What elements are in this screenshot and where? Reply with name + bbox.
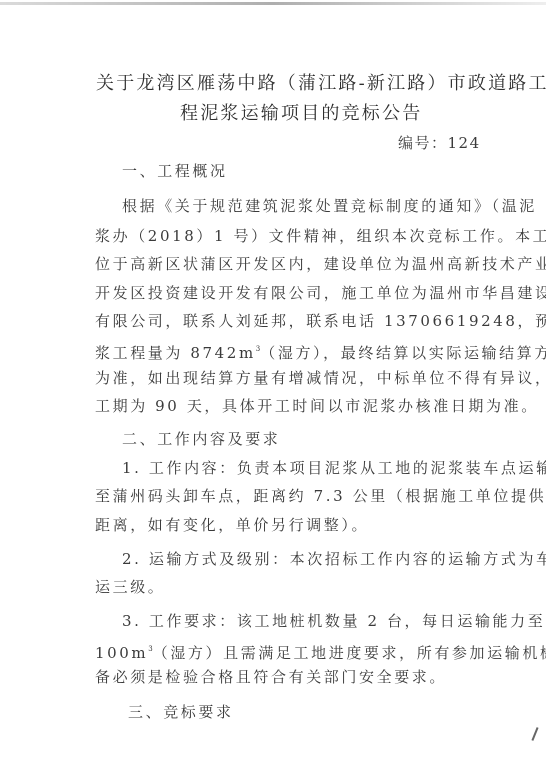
paragraph-text: （湿方）且需满足工地进度要求，所有参加运输机械设 [153,644,546,662]
title-line-2: 程泥浆运输项目的竞标公告 [180,104,422,124]
paragraph-line: 运三级。 [95,577,165,597]
quantity-text: 浆工程量为 8742m [95,344,256,362]
paragraph-line: 浆工程量为 8742m3（湿方），最终结算以实际运输结算方量 [95,339,546,363]
section-heading-3: 三、竞标要求 [128,702,234,722]
paragraph-line: 3. 工作要求：该工地桩机数量 2 台，每日运输能力至少 [122,611,546,631]
title-line-1: 关于龙湾区雁荡中路（蒲江路-新江路）市政道路工 [96,74,546,94]
section-heading-1: 一、工程概况 [122,161,228,181]
paragraph-line: 备必须是检验合格且符合有关部门安全要求。 [95,667,447,687]
paragraph-line: 工期为 90 天，具体开工时间以市泥浆办核准日期为准。 [95,396,539,416]
quantity-text: 100m [95,644,148,662]
paragraph-text: （湿方），最终结算以实际运输结算方量 [260,344,546,362]
pen-mark [531,727,538,741]
paragraph-line: 开发区投资建设开发有限公司，施工单位为温州市华昌建设 [95,283,546,303]
paragraph-line: 至蒲州码头卸车点，距离约 7.3 公里（根据施工单位提供的 [95,486,546,506]
paragraph-line: 根据《关于规范建筑泥浆处置竞标制度的通知》（温泥 [122,196,537,216]
section-heading-2: 二、工作内容及要求 [122,429,280,449]
paragraph-line: 2. 运输方式及级别：本次招标工作内容的运输方式为车 [122,549,546,569]
paragraph-line: 位于高新区状蒲区开发区内，建设单位为温州高新技术产业 [95,254,546,274]
paragraph-line: 100m3（湿方）且需满足工地进度要求，所有参加运输机械设 [95,639,546,663]
paragraph-line: 为准，如出现结算方量有增减情况，中标单位不得有异议， [95,368,546,388]
paragraph-line: 1. 工作内容：负责本项目泥浆从工地的泥浆装车点运输 [122,458,546,478]
paragraph-line: 距离，如有变化，单价另行调整）。 [95,515,369,535]
paragraph-line: 有限公司，联系人刘延邦，联系电话 13706619248，预计泥 [95,311,546,331]
paragraph-line: 浆办（2018）1 号）文件精神，组织本次竞标工作。本工程 [95,226,546,246]
scan-edge [0,2,546,5]
serial-number: 编号：124 [398,133,481,153]
